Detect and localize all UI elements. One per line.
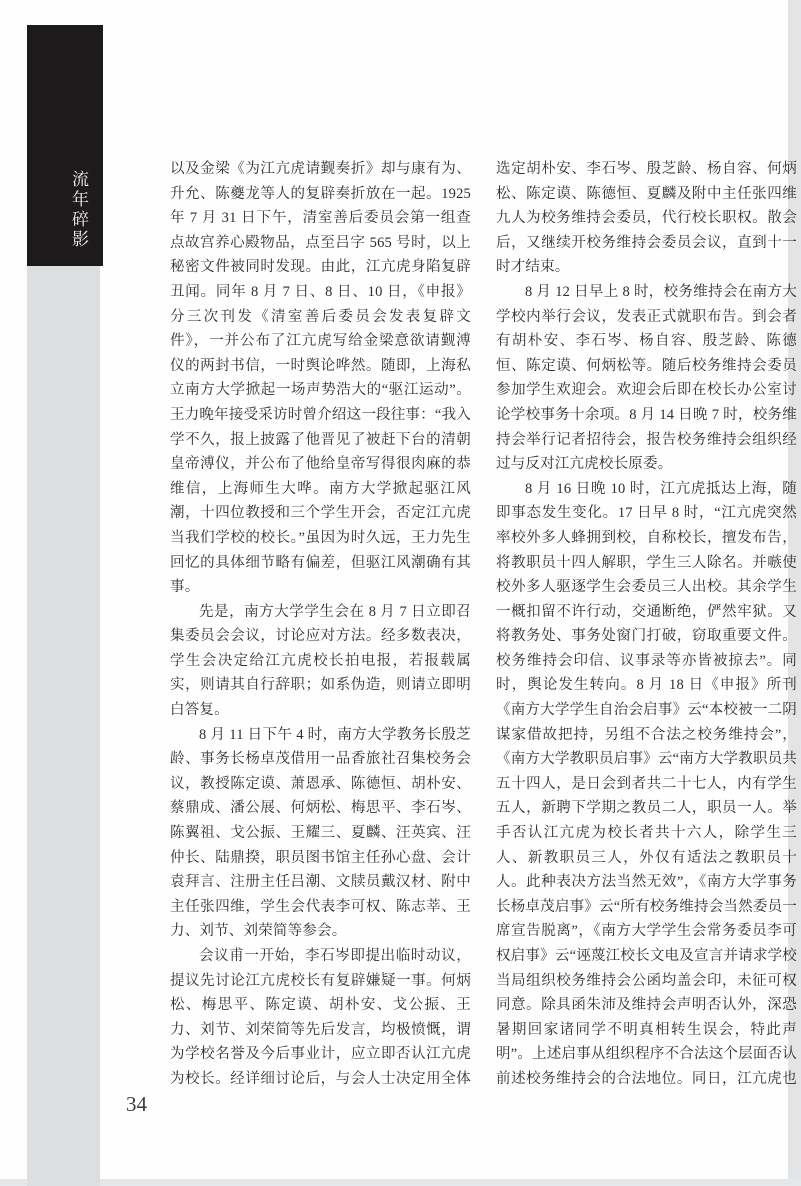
page-number: 34 (126, 1092, 147, 1117)
text-column-left: 以及金梁《为江亢虎请觐奏折》却与康有为、升允、陈夔龙等人的复辟奏折放在一起。19… (170, 157, 471, 1095)
paragraph: 以及金梁《为江亢虎请觐奏折》却与康有为、升允、陈夔龙等人的复辟奏折放在一起。19… (170, 157, 471, 600)
sidebar-rail (27, 266, 100, 1186)
section-title-vertical: 流年碎影 (66, 170, 91, 250)
paragraph: 8 月 12 日早上 8 时，校务维持会在南方大学校内举行会议，发表正式就职布告… (496, 280, 797, 477)
scan-edge-bottom (0, 1179, 801, 1186)
paragraph: 先是，南方大学学生会在 8 月 7 日立即召集委员会会议，讨论应对方法。经多数表… (170, 600, 471, 723)
section-banner: 流年碎影 (27, 25, 103, 266)
paragraph: 选定胡朴安、李石岑、殷芝龄、杨自容、何炳松、陈定谟、陈德恒、夏麟及附中主任张四维… (496, 157, 797, 280)
paragraph: 会议甫一开始，李石岑即提出临时动议，提议先讨论江亢虎校长有复辟嫌疑一事。何炳松、… (170, 944, 471, 1095)
paragraph: 8 月 16 日晚 10 时，江亢虎抵达上海，随即事态发生变化。17 日早 8 … (496, 477, 797, 1095)
paragraph: 8 月 11 日下午 4 时，南方大学教务长殷芝龄、事务长杨卓茂借用一品香旅社召… (170, 723, 471, 944)
text-column-right: 选定胡朴安、李石岑、殷芝龄、杨自容、何炳松、陈定谟、陈德恒、夏麟及附中主任张四维… (496, 157, 797, 1095)
